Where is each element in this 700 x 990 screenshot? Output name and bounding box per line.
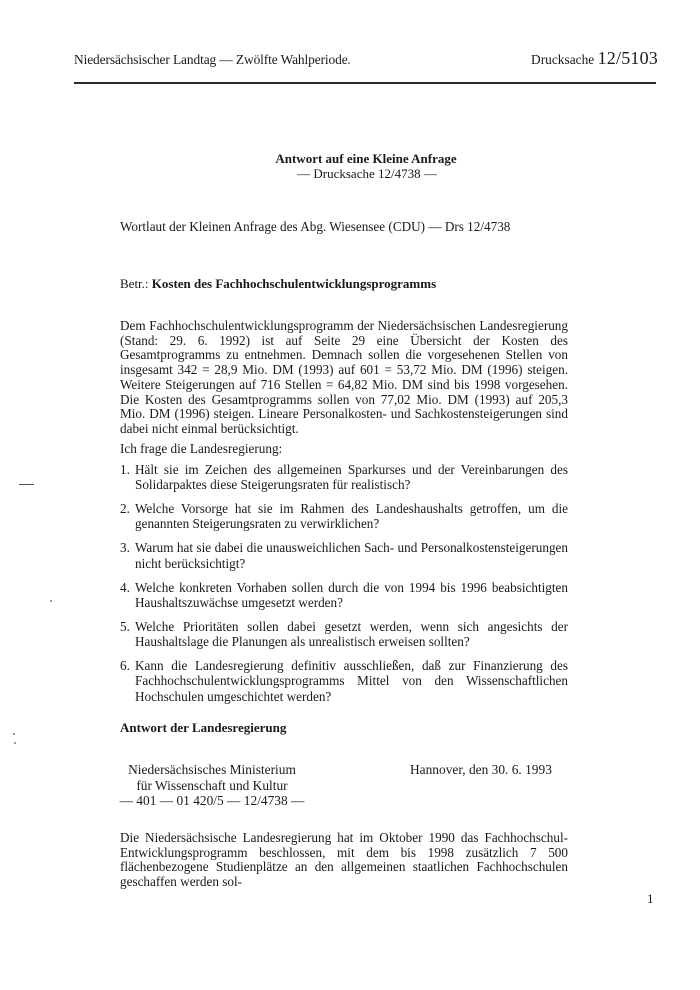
document-title: Antwort auf eine Kleine Anfrage — Drucks… [0,151,700,181]
question-number: 6. [120,658,130,673]
ministry-line-2: für Wissenschaft und Kultur [117,778,307,794]
title-line-1: Antwort auf eine Kleine Anfrage [0,151,700,166]
ministry-reference: — 401 — 01 420/5 — 12/4738 — [117,793,307,809]
page-number: 1 [647,891,654,907]
ministry-block: Niedersächsisches Ministerium für Wissen… [117,762,307,809]
question-number: 1. [120,462,130,477]
scan-speck [14,742,16,744]
subject-label: Betr.: [120,276,152,291]
subject-line: Betr.: Kosten des Fachhochschulentwicklu… [120,276,436,292]
question-text: Welche Prioritäten sollen dabei gesetzt … [135,619,568,649]
answer-heading: Antwort der Landesregierung [120,720,286,736]
question-list: 1.Hält sie im Zeichen des allgemeinen Sp… [120,462,568,712]
question-item: 4.Welche konkreten Vorhaben sollen durch… [120,580,568,611]
document-number-label: Drucksache [531,52,594,67]
scan-speck [50,600,52,602]
place-date: Hannover, den 30. 6. 1993 [410,762,552,778]
question-text: Hält sie im Zeichen des allgemeinen Spar… [135,462,568,492]
header-divider [74,82,656,84]
question-text: Warum hat sie dabei die unausweichlichen… [135,540,568,570]
question-text: Welche konkreten Vorhaben sollen durch d… [135,580,568,610]
question-number: 2. [120,501,130,516]
question-text: Kann die Landesregierung definitiv aussc… [135,658,568,704]
margin-mark [19,484,34,485]
question-item: 2.Welche Vorsorge hat sie im Rahmen des … [120,501,568,532]
question-number: 4. [120,580,130,595]
question-number: 5. [120,619,130,634]
title-line-2: — Drucksache 12/4738 — [0,166,700,181]
document-number: Drucksache 12/5103 [531,48,658,69]
header-title: Niedersächsischer Landtag — Zwölfte Wahl… [74,52,348,68]
question-item: 5.Welche Prioritäten sollen dabei gesetz… [120,619,568,650]
ministry-line-1: Niedersächsisches Ministerium [117,762,307,778]
question-text: Welche Vorsorge hat sie im Rahmen des La… [135,501,568,531]
document-number-value: 12/5103 [598,48,658,68]
scan-speck [13,733,15,735]
question-item: 1.Hält sie im Zeichen des allgemeinen Sp… [120,462,568,493]
subject-text: Kosten des Fachhochschulentwicklungsprog… [152,276,436,291]
question-item: 3.Warum hat sie dabei die unausweichlich… [120,540,568,571]
question-item: 6.Kann die Landesregierung definitiv aus… [120,658,568,704]
scan-speck [348,62,350,64]
inquiry-source: Wortlaut der Kleinen Anfrage des Abg. Wi… [120,219,510,235]
intro-paragraph: Dem Fachhochschulentwicklungsprogramm de… [120,319,568,437]
question-number: 3. [120,540,130,555]
answer-paragraph: Die Niedersächsische Landesregierung hat… [120,831,568,890]
question-intro: Ich frage die Landesregierung: [120,441,282,457]
